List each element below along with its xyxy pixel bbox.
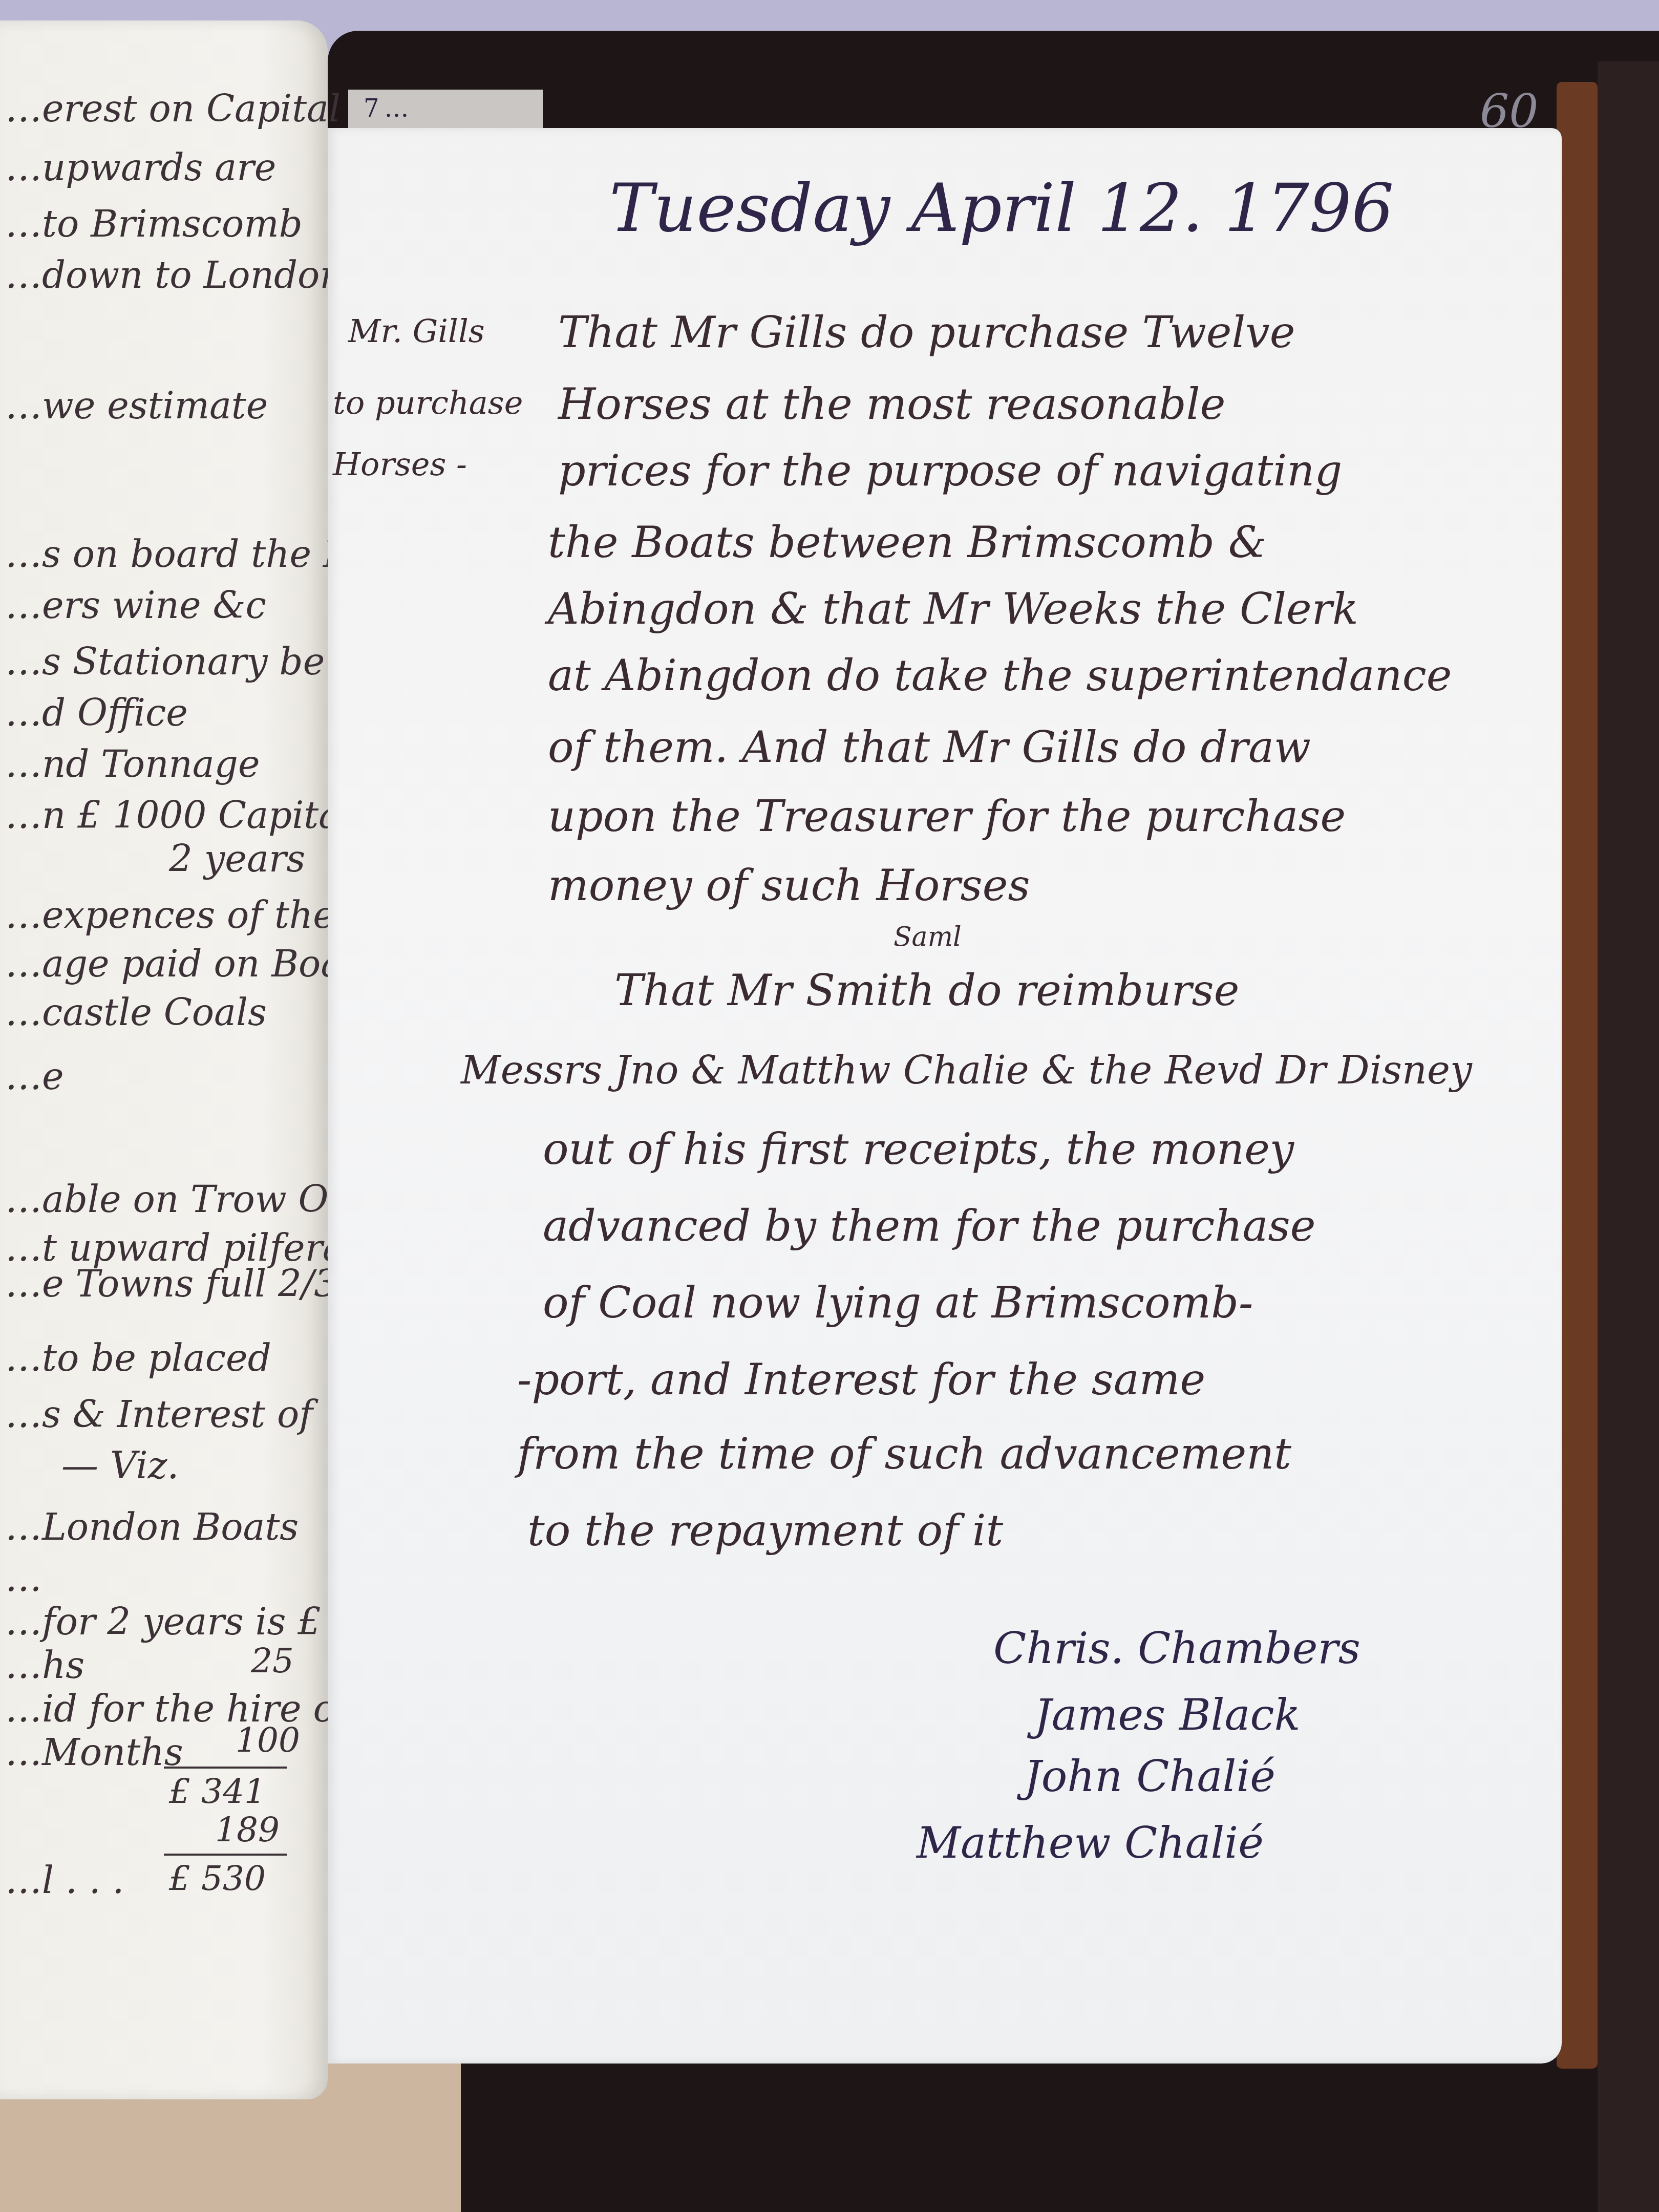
left-line: …d Office [5, 691, 188, 734]
left-line: …s Stationary be [5, 640, 325, 683]
gutter-tab-label: 7… [348, 90, 543, 128]
left-line: — Viz. [61, 1444, 179, 1487]
resolution-line: upon the Treasurer for the purchase [548, 791, 1346, 841]
left-line: …to be placed [5, 1336, 271, 1379]
left-line: …castle Coals [5, 991, 267, 1034]
resolution-line: prices for the purpose of navigating [558, 445, 1342, 496]
resolution-line: money of such Horses [548, 860, 1030, 910]
left-line: …s & Interest of [5, 1393, 313, 1436]
page-edges [1557, 82, 1598, 2069]
left-line: …upwards are [5, 146, 276, 189]
figure-subtotal: £ 341 [169, 1772, 266, 1811]
left-line: …n £ 1000 Capital [5, 794, 352, 837]
sum-rule [164, 1767, 287, 1769]
page-number: 60 [1480, 84, 1539, 138]
left-line: …Months [5, 1731, 183, 1774]
sum-rule [164, 1854, 287, 1856]
left-line: …ers wine &c [5, 584, 266, 627]
figure-total: £ 530 [169, 1859, 266, 1898]
resolution-line: of them. And that Mr Gills do draw [548, 722, 1311, 772]
resolution-line: -port, and Interest for the same [517, 1354, 1205, 1405]
signature: John Chalié [1024, 1751, 1275, 1801]
resolution-line: That Mr Smith do reimburse [614, 965, 1239, 1015]
resolution-line: That Mr Gills do purchase Twelve [558, 307, 1295, 357]
left-page: …erest on Capital …upwards are …to Brims… [0, 20, 328, 2099]
signature: Matthew Chalié [917, 1818, 1264, 1868]
resolution-line: at Abingdon do take the superintendance [548, 650, 1452, 700]
margin-note-line: to purchase [333, 384, 523, 421]
left-line: …to Brimscomb [5, 202, 303, 245]
left-line: …nd Tonnage [5, 742, 260, 785]
left-line: …hs [5, 1644, 84, 1687]
left-line: …erest on Capital [5, 87, 341, 130]
superscript-insertion: Saml [894, 922, 962, 952]
resolution-line: from the time of such advancement [517, 1429, 1291, 1479]
left-line: …expences of the [5, 894, 335, 937]
resolution-line: of Coal now lying at Brimscomb- [543, 1278, 1253, 1328]
resolution-line: Abingdon & that Mr Weeks the Clerk [548, 584, 1358, 634]
resolution-line: out of his first receipts, the money [543, 1124, 1294, 1174]
left-line: 2 years [169, 837, 305, 880]
book-cover [1598, 61, 1659, 2212]
figure-addend: 189 [215, 1810, 280, 1849]
left-line: …down to London [5, 253, 344, 296]
resolution-line: to the repayment of it [527, 1505, 1003, 1556]
left-line: …we estimate [5, 384, 268, 427]
resolution-line: Horses at the most reasonable [558, 379, 1225, 429]
margin-note-line: Horses - [333, 445, 467, 483]
left-line: …l . . . [5, 1859, 124, 1902]
left-line: …e [5, 1055, 64, 1098]
figure-line-3: 100 [236, 1720, 300, 1760]
resolution-line: Messrs Jno & Matthw Chalie & the Revd Dr… [461, 1047, 1472, 1093]
resolution-line: the Boats between Brimscomb & [548, 517, 1267, 567]
margin-note-line: Mr. Gills [348, 312, 485, 350]
figure-line-2: 25 [251, 1641, 294, 1681]
date-heading: Tuesday April 12. 1796 [609, 169, 1394, 247]
resolution-line: advanced by them for the purchase [543, 1201, 1315, 1251]
signature: Chris. Chambers [993, 1623, 1360, 1673]
signature: James Black [1034, 1690, 1301, 1740]
left-line: … [5, 1557, 42, 1600]
left-line: …London Boats [5, 1505, 299, 1548]
